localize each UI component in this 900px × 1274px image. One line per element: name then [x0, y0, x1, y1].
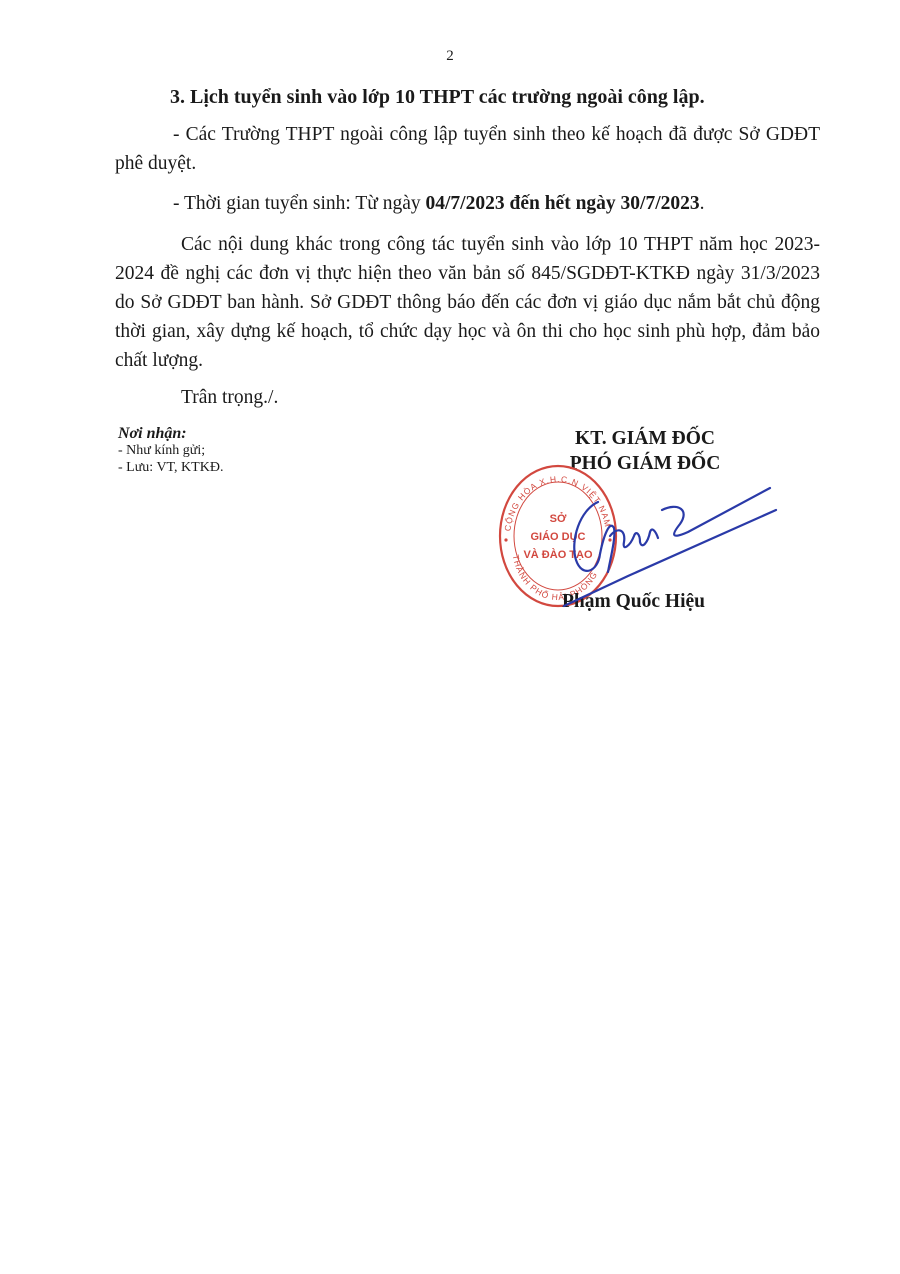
signature-line-1: KT. GIÁM ĐỐC [520, 426, 770, 451]
period-suffix: . [700, 193, 705, 214]
item-approved-plan: - Các Trường THPT ngoài công lập tuyển s… [115, 120, 820, 178]
body-paragraph: Các nội dung khác trong công tác tuyển s… [115, 230, 820, 375]
period-prefix: - Thời gian tuyển sinh: Từ ngày [173, 193, 426, 214]
recipients-block: Nơi nhận: - Như kính gửi; - Lưu: VT, KTK… [118, 425, 223, 476]
recipients-title: Nơi nhận: [118, 425, 223, 442]
recipient-item: - Lưu: VT, KTKĐ. [118, 459, 223, 476]
period-dates: 04/7/2023 đến hết ngày 30/7/2023 [426, 193, 700, 214]
page-number: 2 [0, 48, 900, 65]
closing: Trân trọng./. [181, 383, 581, 412]
handwritten-signature-icon [540, 480, 780, 610]
section-heading: 3. Lịch tuyển sinh vào lớp 10 THPT các t… [170, 86, 705, 109]
item-admission-period: - Thời gian tuyển sinh: Từ ngày 04/7/202… [173, 189, 823, 218]
recipient-item: - Như kính gửi; [118, 442, 223, 459]
